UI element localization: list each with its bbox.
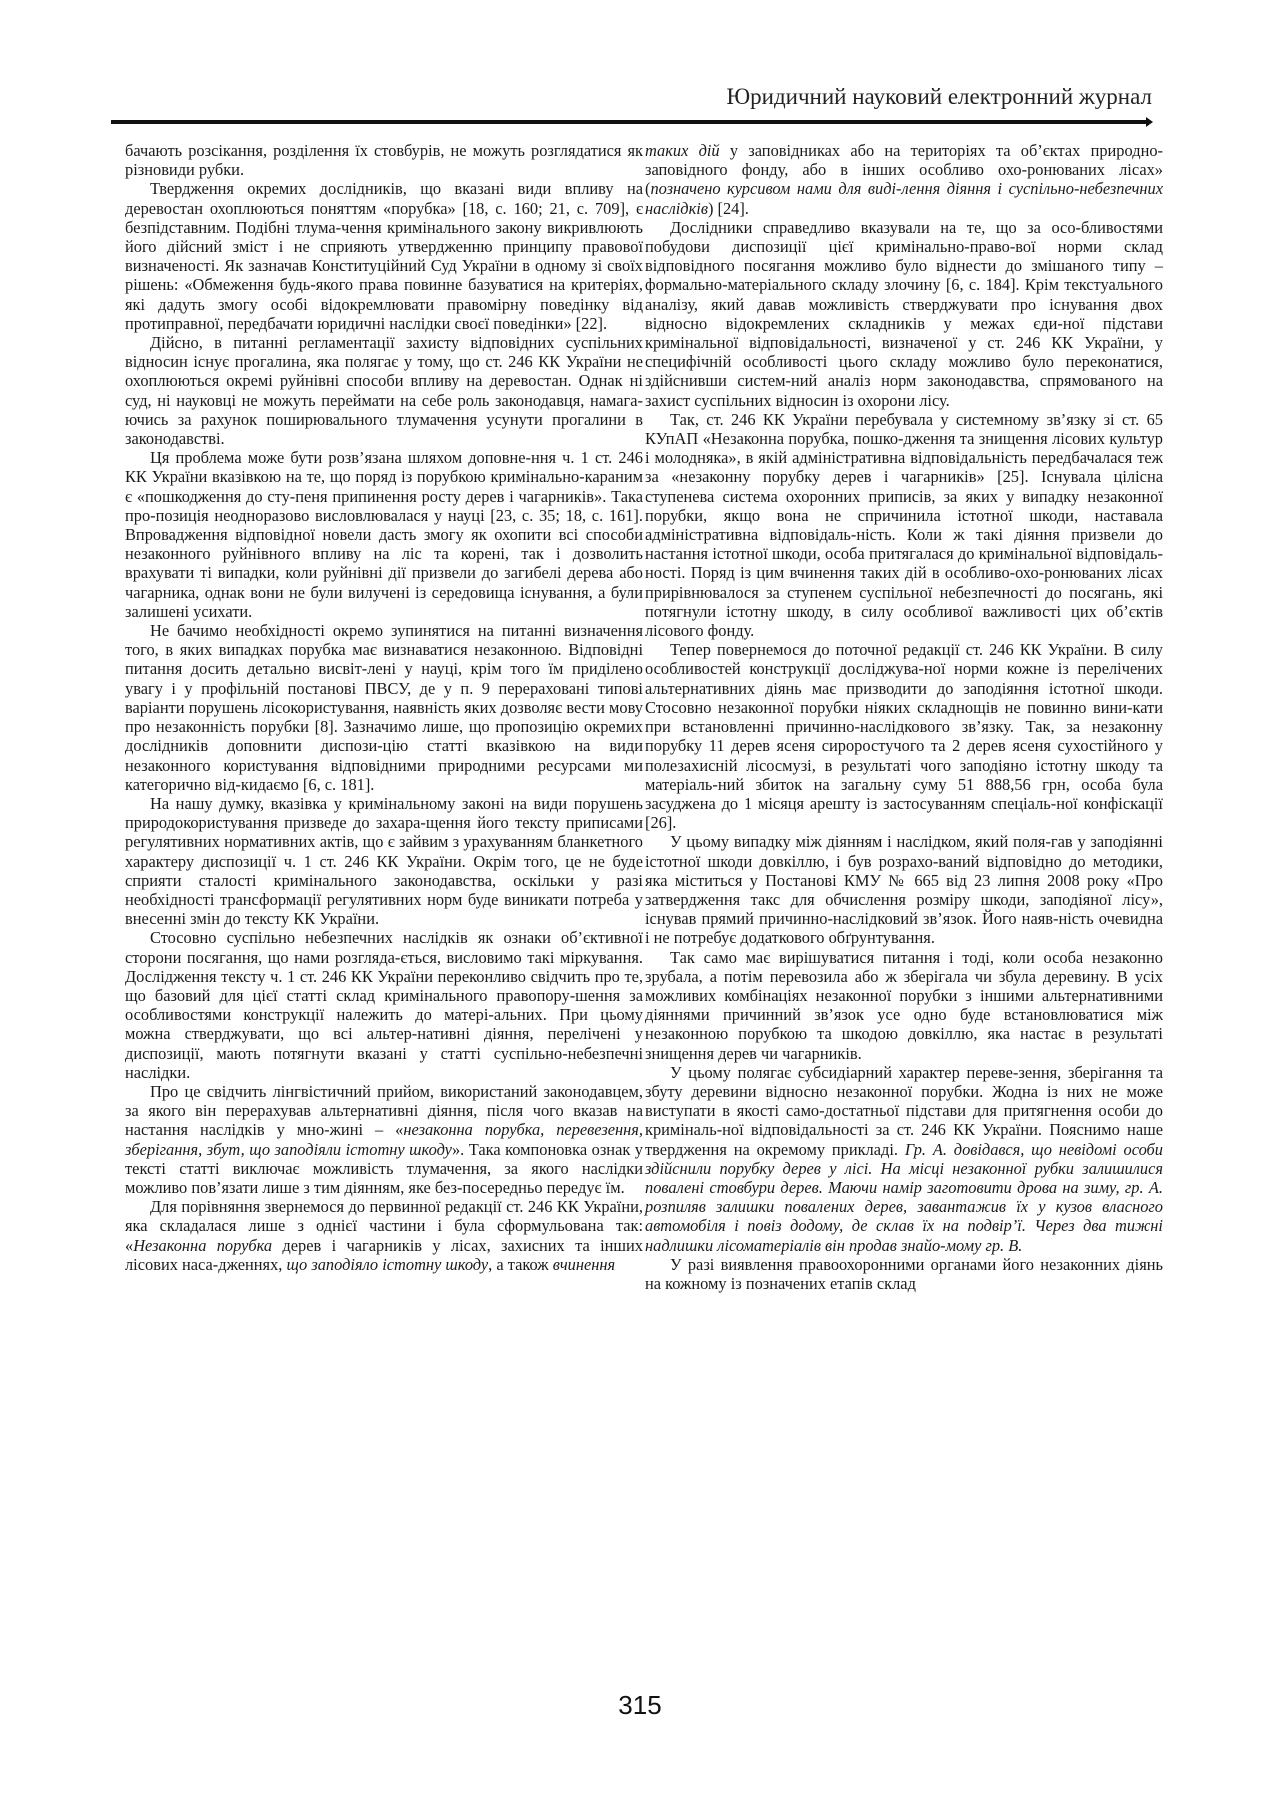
paragraph: Ця проблема може бути розв’язана шляхом … [125, 448, 643, 621]
italic-term: Незаконна порубка [133, 1236, 272, 1255]
paragraph: Дійсно, в питанні регламентації захисту … [125, 333, 643, 448]
text: , а також [488, 1255, 553, 1274]
right-column: таких дій у заповідниках або на територі… [645, 141, 1163, 1293]
paragraph: На нашу думку, вказівка у кримінальному … [125, 794, 643, 928]
italic-term: що заподіяло істотну шкоду [286, 1255, 488, 1274]
paragraph: Твердження окремих дослідників, що вказа… [125, 179, 643, 333]
paragraph: У цьому полягає субсидіарний характер пе… [645, 1063, 1163, 1255]
italic-term: вчинення [553, 1255, 615, 1274]
paragraph: Дослідники справедливо вказували на те, … [645, 218, 1163, 410]
paragraph: У цьому випадку між діянням і наслідком,… [645, 832, 1163, 947]
left-column: бачають розсікання, розділення їх стовбу… [125, 141, 643, 1274]
paragraph: Не бачимо необхідності окремо зупинятися… [125, 621, 643, 794]
page-number: 315 [0, 1690, 1280, 1721]
text: ) [24]. [708, 199, 749, 218]
paragraph: бачають розсікання, розділення їх стовбу… [125, 141, 643, 179]
paragraph: Про це свідчить лінгвістичний прийом, ви… [125, 1082, 643, 1197]
paragraph: Так само має вирішуватися питання і тоді… [645, 948, 1163, 1063]
header-rule [111, 120, 1147, 124]
paragraph: Для порівняння звернемося до первинної р… [125, 1197, 643, 1274]
paragraph: Так, ст. 246 КК України перебувала у сис… [645, 410, 1163, 640]
paragraph: У разі виявлення правоохоронними органам… [645, 1255, 1163, 1293]
paragraph: таких дій у заповідниках або на територі… [645, 141, 1163, 218]
journal-title: Юридичний науковий електронний журнал [727, 84, 1152, 110]
paragraph: Тепер повернемося до поточної редакції с… [645, 640, 1163, 832]
paragraph: Стосовно суспільно небезпечних наслідків… [125, 928, 643, 1082]
italic-term: таких дій [645, 141, 720, 160]
